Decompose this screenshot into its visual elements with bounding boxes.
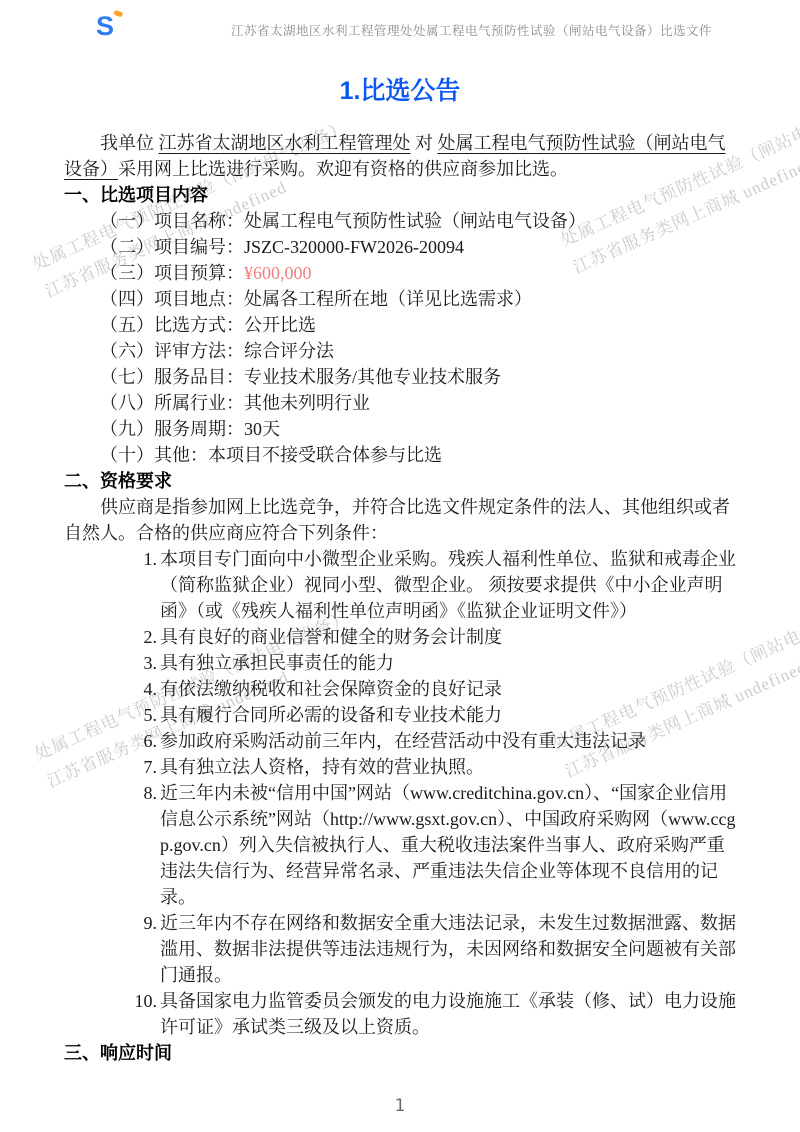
item-label: （五）比选方式：: [100, 315, 244, 335]
item-text: 具备国家电力监管委员会颁发的电力设施施工《承装（修、试）电力设施许可证》承试类三…: [160, 988, 736, 1040]
platform-logo-icon: S: [94, 8, 126, 42]
requirement-item: 6.参加政府采购活动前三年内，在经营活动中没有重大违法记录: [134, 728, 736, 754]
item-number: 6.: [134, 728, 160, 754]
item-text: 具有履行合同所必需的设备和专业技术能力: [160, 702, 736, 728]
item-value: 30天: [244, 419, 280, 439]
item-label: （四）项目地点：: [100, 289, 244, 309]
item-value: 处属各工程所在地（详见比选需求）: [244, 289, 532, 309]
item-number: 8.: [134, 780, 160, 910]
item-label: （十）其他：: [100, 445, 208, 465]
item-text: 具有独立法人资格，持有效的营业执照。: [160, 754, 736, 780]
item-value: 其他未列明行业: [244, 393, 370, 413]
project-item-method: （五）比选方式：公开比选: [64, 312, 736, 338]
item-value: 专业技术服务/其他专业技术服务: [244, 367, 501, 387]
item-number: 7.: [134, 754, 160, 780]
requirement-list: 1.本项目专门面向中小微型企业采购。残疾人福利性单位、监狱和戒毒企业（简称监狱企…: [134, 546, 736, 1040]
item-label: （六）评审方法：: [100, 341, 244, 361]
intro-paragraph: 我单位 江苏省太湖地区水利工程管理处 对 处属工程电气预防性试验（闸站电气设备）…: [64, 130, 736, 182]
item-text: 近三年内未被“信用中国”网站（www.creditchina.gov.cn）、“…: [160, 780, 736, 910]
item-number: 10.: [134, 988, 160, 1040]
item-label: （二）项目编号：: [100, 237, 244, 257]
org-name-underlined: 江苏省太湖地区水利工程管理处: [159, 133, 411, 153]
item-number: 3.: [134, 650, 160, 676]
item-label: （七）服务品目：: [100, 367, 244, 387]
svg-text:S: S: [96, 11, 114, 41]
item-value: 综合评分法: [244, 341, 334, 361]
project-item-location: （四）项目地点：处属各工程所在地（详见比选需求）: [64, 286, 736, 312]
document-body: 1.比选公告 我单位 江苏省太湖地区水利工程管理处 对 处属工程电气预防性试验（…: [64, 70, 736, 1066]
item-label: （三）项目预算：: [100, 263, 244, 283]
section-heading-qualifications: 二、资格要求: [64, 468, 736, 494]
requirement-item: 7.具有独立法人资格，持有效的营业执照。: [134, 754, 736, 780]
project-item-category: （七）服务品目：专业技术服务/其他专业技术服务: [64, 364, 736, 390]
item-label: （一）项目名称：: [100, 211, 244, 231]
project-item-other: （十）其他：本项目不接受联合体参与比选: [64, 442, 736, 468]
project-item-industry: （八）所属行业：其他未列明行业: [64, 390, 736, 416]
document-page: 处属工程电气预防性试验（闸站电气设备） 江苏省服务类网上商城 undefined…: [0, 0, 800, 1132]
item-number: 1.: [134, 546, 160, 624]
project-item-budget: （三）项目预算：¥600,000: [64, 260, 736, 286]
project-item-name: （一）项目名称：处属工程电气预防性试验（闸站电气设备）: [64, 208, 736, 234]
intro-prefix: 我单位: [100, 133, 159, 153]
item-text: 参加政府采购活动前三年内，在经营活动中没有重大违法记录: [160, 728, 736, 754]
intro-suffix: 采用网上比选进行采购。欢迎有资格的供应商参加比选。: [118, 159, 568, 179]
project-item-review: （六）评审方法：综合评分法: [64, 338, 736, 364]
item-label: （八）所属行业：: [100, 393, 244, 413]
project-item-period: （九）服务周期：30天: [64, 416, 736, 442]
page-number: 1: [0, 1096, 800, 1116]
item-number: 2.: [134, 624, 160, 650]
item-value: 处属工程电气预防性试验（闸站电气设备）: [244, 211, 586, 231]
budget-value: ¥600,000: [244, 263, 312, 283]
item-text: 具有良好的商业信誉和健全的财务会计制度: [160, 624, 736, 650]
item-number: 9.: [134, 910, 160, 988]
item-value: JSZC-320000-FW2026-20094: [244, 237, 464, 257]
document-header-title: 江苏省太湖地区水利工程管理处处属工程电气预防性试验（闸站电气设备）比选文件: [231, 21, 712, 39]
requirement-item: 4.有依法缴纳税收和社会保障资金的良好记录: [134, 676, 736, 702]
qualifications-intro: 供应商是指参加网上比选竞争，并符合比选文件规定条件的法人、其他组织或者自然人。合…: [64, 494, 736, 546]
requirement-item: 5.具有履行合同所必需的设备和专业技术能力: [134, 702, 736, 728]
section-heading-project-content: 一、比选项目内容: [64, 182, 736, 208]
page-title: 1.比选公告: [64, 76, 736, 106]
item-text: 本项目专门面向中小微型企业采购。残疾人福利性单位、监狱和戒毒企业（简称监狱企业）…: [160, 546, 736, 624]
requirement-item: 2.具有良好的商业信誉和健全的财务会计制度: [134, 624, 736, 650]
requirement-item: 10.具备国家电力监管委员会颁发的电力设施施工《承装（修、试）电力设施许可证》承…: [134, 988, 736, 1040]
item-label: （九）服务周期：: [100, 419, 244, 439]
intro-mid: 对: [411, 133, 438, 153]
item-value: 本项目不接受联合体参与比选: [208, 445, 442, 465]
requirement-item: 1.本项目专门面向中小微型企业采购。残疾人福利性单位、监狱和戒毒企业（简称监狱企…: [134, 546, 736, 624]
item-text: 有依法缴纳税收和社会保障资金的良好记录: [160, 676, 736, 702]
project-item-number: （二）项目编号：JSZC-320000-FW2026-20094: [64, 234, 736, 260]
item-text: 具有独立承担民事责任的能力: [160, 650, 736, 676]
item-number: 4.: [134, 676, 160, 702]
item-number: 5.: [134, 702, 160, 728]
item-text: 近三年内不存在网络和数据安全重大违法记录，未发生过数据泄露、数据滥用、数据非法提…: [160, 910, 736, 988]
requirement-item: 3.具有独立承担民事责任的能力: [134, 650, 736, 676]
item-value: 公开比选: [244, 315, 316, 335]
section-heading-response-time: 三、响应时间: [64, 1040, 736, 1066]
requirement-item: 8.近三年内未被“信用中国”网站（www.creditchina.gov.cn）…: [134, 780, 736, 910]
requirement-item: 9.近三年内不存在网络和数据安全重大违法记录，未发生过数据泄露、数据滥用、数据非…: [134, 910, 736, 988]
